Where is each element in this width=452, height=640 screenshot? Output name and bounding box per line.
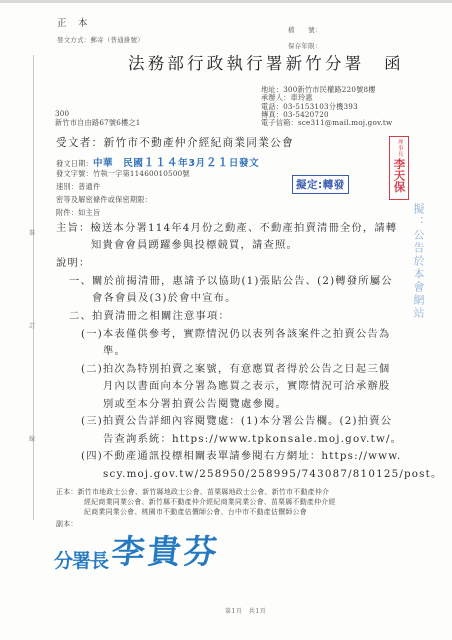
date-month-unit: 月 (196, 158, 206, 169)
item-1-line-1: 一、關於前揭清冊，惠請予以協助(1)張貼公告、(2)轉發所屬公 (69, 274, 393, 289)
binding-line (33, 55, 34, 520)
delivery-speed: 速別：普通件 (56, 182, 100, 192)
issue-date-row: 發文日期： 中華 民國１１４年3月２１日發文 (56, 154, 259, 170)
chairman-seal: 理事長 李天保 (389, 136, 409, 200)
binding-mark-line: 線 (29, 434, 35, 443)
recipient-line: 受文者：新竹市不動產仲介經紀商業同業公會 (56, 135, 294, 150)
document-title: 法務部行政執行署新竹分署 函 (128, 50, 404, 74)
street-address: 新竹市自由路67號6樓之1 (55, 119, 141, 128)
sender-info-block: 地址：300新竹市民權路220號8樓 承辦人：車玲惠 電話：03-5153103… (261, 86, 392, 127)
sub-item-2-line-1: (二)拍次為特別拍賣之案號，有意應買者得於公告之日起三個 (81, 362, 390, 377)
sub-item-2-line-2: 月內以書面向本分署為應買之表示，實際情況可洽承辦股 (103, 379, 390, 394)
subject-line-2: 知貴會會員踴躍參與投標競買，請查照。 (91, 238, 298, 253)
sub-item-3-line-1: (三)拍賣公告詳細內容閱覽處：(1)本分署公告欄。(2)拍賣公 (81, 414, 392, 429)
draft-forward-stamp: 擬定:轉發 (292, 175, 349, 194)
binding-mark-staple: 訂 (29, 321, 35, 330)
date-month: 3 (188, 158, 195, 169)
sub-item-3-line-2[interactable]: 告查詢系統：https://www.tpkonsale.moj.gov.tw/。 (103, 432, 402, 447)
date-era: 中華 民國 (93, 158, 144, 169)
date-suffix: 日發文 (229, 158, 259, 169)
issue-date-label: 發文日期： (56, 159, 93, 169)
delivery-method: 發文方式：郵寄（普通掛號） (57, 35, 144, 44)
document-number: 發文字號：竹執一字第11460010500號 (56, 169, 190, 179)
original-recipients-line-2: 經紀商業同業公會、新竹縣不動產仲介經紀商業同業公會、苗栗縣不動產仲介經 (84, 497, 336, 507)
date-year-unit: 年 (178, 158, 188, 169)
contact-email: 電子信箱：sce311@mail.moj.gov.tw (261, 119, 392, 127)
recipient-address: 300 新竹市自由路67號6樓之1 (55, 110, 141, 127)
handwritten-annotation: 擬：公告於本會網站 (410, 203, 426, 320)
retention-period-label: 保存年限： (288, 41, 321, 50)
scan-top-edge (0, 0, 452, 3)
file-number-label: 檔 號： (288, 25, 321, 34)
original-recipients-line-3: 紀商業同業公會、桃園市不動產估價師公會、台中市不動產估價師公會 (84, 507, 307, 517)
sub-item-4-line-1[interactable]: (四)不動產通訊投標相關表單請參閱右方網址：https://www. (81, 449, 401, 464)
attachment-note: 附件：如主旨 (56, 208, 100, 218)
item-2-line-1: 二、拍賣清冊之相關注意事項： (69, 309, 230, 324)
seal-name: 李天保 (393, 158, 406, 193)
seal-role: 理事長 (396, 139, 402, 157)
date-day: ２１ (206, 156, 229, 169)
sub-item-2-line-3: 別或至本分署拍賣公告閱覽處參閱。 (103, 397, 287, 412)
original-recipients-line-1: 正本：新竹市地政士公會、新竹縣地政士公會、苗栗縣地政士公會、新竹市不動產仲介 (56, 487, 329, 497)
issue-date-stamp: 中華 民國１１４年3月２１日發文 (93, 154, 259, 170)
date-year: １１４ (143, 156, 178, 169)
sub-item-4-line-2[interactable]: scy.moj.gov.tw/258950/258995/743087/8101… (103, 467, 443, 482)
sub-item-1-line-2: 準。 (103, 344, 126, 359)
binding-mark-bind: 裝 (29, 228, 35, 237)
explanation-label: 說明： (56, 256, 91, 271)
item-1-line-2: 會各會員及(3)於會中宣布。 (92, 291, 237, 306)
page-number: 第1頁 共1頁 (225, 606, 266, 615)
signature-name: 李貴芬 (110, 526, 223, 573)
director-signature: 分署長 李貴芬 (54, 526, 220, 573)
sub-item-1-line-1: (一)本表僅供參考，實際情況仍以表列各該案件之拍賣公告為 (81, 327, 390, 342)
confidentiality-level: 密等及解密條件或保密期限： (56, 195, 152, 205)
subject-line-1: 主旨：檢送本分署114年4月份之動產、不動產拍賣清冊全份，請轉 (56, 221, 397, 236)
signature-title: 分署長 (54, 546, 108, 573)
copy-type-label: 正 本 (57, 15, 89, 29)
